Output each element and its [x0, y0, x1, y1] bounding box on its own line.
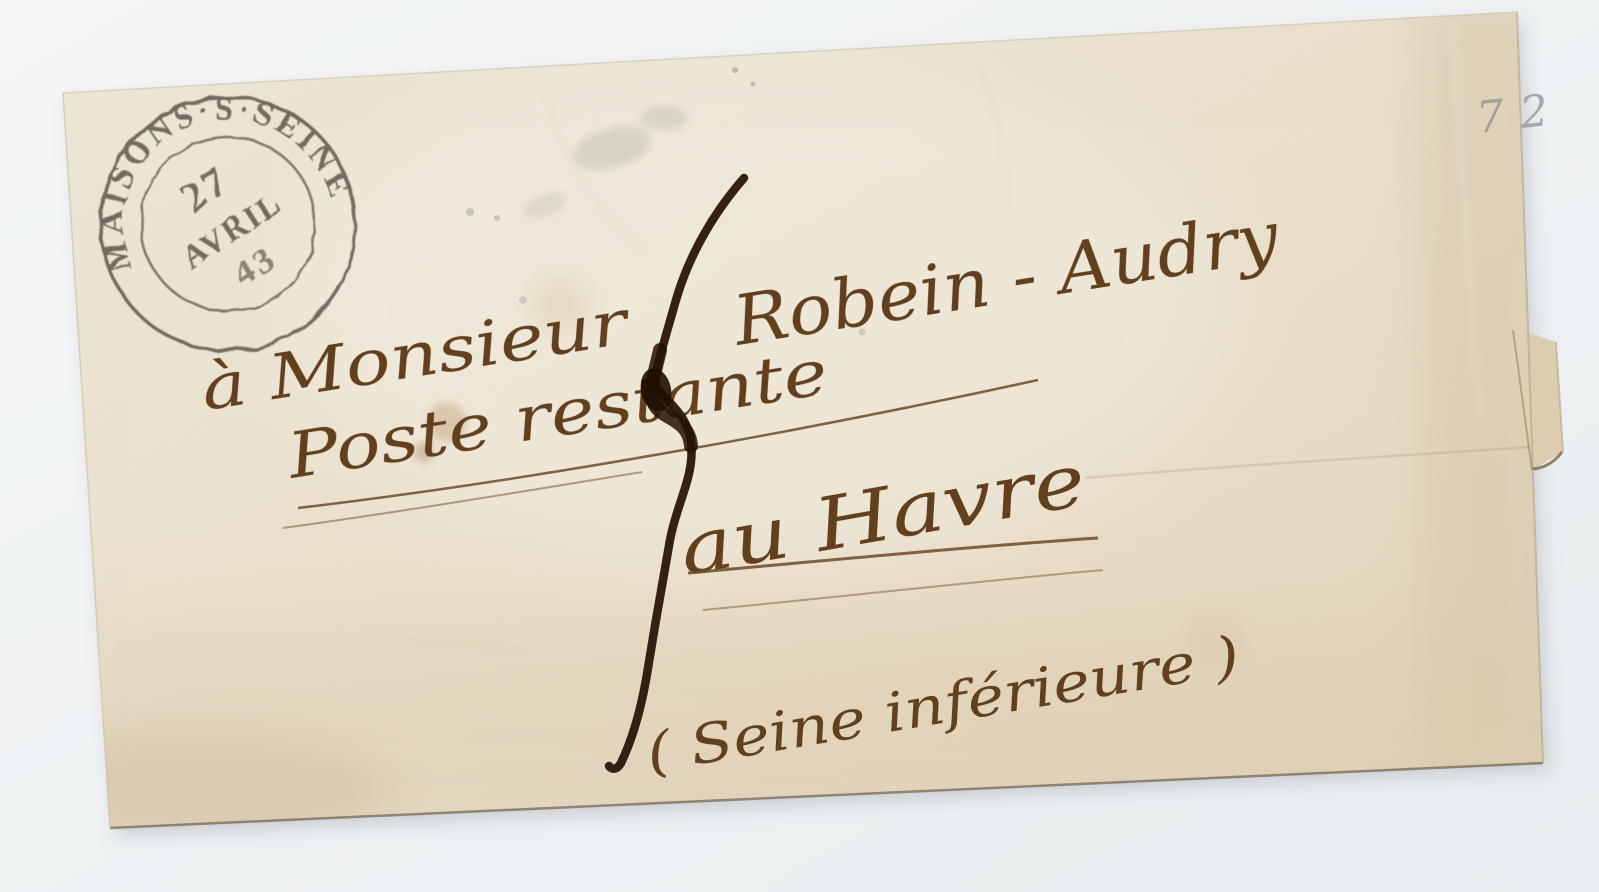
- photo-stage: MAISONS·S·SEINE 27 AVRIL 43 à Monsieur R…: [0, 0, 1599, 892]
- letter-cover-photo: MAISONS·S·SEINE 27 AVRIL 43 à Monsieur R…: [0, 0, 1599, 892]
